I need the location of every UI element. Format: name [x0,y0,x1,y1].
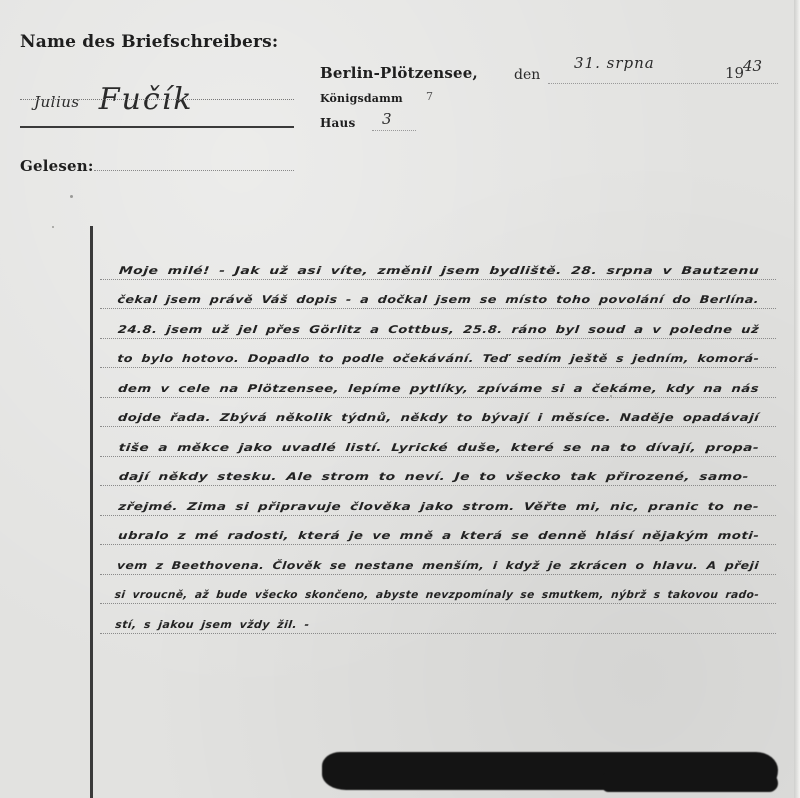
handwritten-text: dojde řada. Zbývá několik týdnů, někdy t… [100,412,760,424]
dotted-rule [100,633,776,634]
letter-page: Name des Briefschreibers: Julius Fučík G… [0,0,800,798]
letter-line: zřejmé. Zima si připravuje člověka jako … [100,486,790,516]
place-label: Berlin-Plötzensee, [320,64,478,82]
handwritten-text: si vroucně, až bude všecko skončeno, aby… [100,589,760,601]
letter-line: čekal jsem právě Váš dopis - a dočkal js… [100,280,790,310]
letter-line: tiše a měkce jako uvadlé listí. Lyrické … [100,427,790,457]
year-prefix: 19 [725,64,744,82]
den-label: den [514,67,540,83]
writer-name-dotted-line [20,99,294,102]
paper-speck [70,195,73,198]
letter-line: si vroucně, až bude všecko skončeno, aby… [100,575,790,605]
handwritten-text: 24.8. jsem už jel přes Görlitz a Cottbus… [100,324,760,336]
street-number: 7 [426,90,433,103]
house-dotted-line [372,130,416,131]
handwritten-text: zřejmé. Zima si připravuje člověka jako … [100,501,760,513]
letter-line: stí, s jakou jsem vždy žil. - [100,604,790,634]
handwritten-text: tiše a měkce jako uvadlé listí. Lyrické … [100,442,760,454]
writer-first-name: Julius [34,93,80,111]
writer-name: Julius Fučík [34,80,193,115]
handwritten-text: čekal jsem právě Váš dopis - a dočkal js… [100,294,760,306]
paper-speck [52,226,54,228]
street-label: Königsdamm [320,92,403,105]
letter-line: to bylo hotovo. Dopadlo to podle očekává… [100,339,790,369]
date-dotted-line [548,83,778,84]
letter-line: dají někdy stesku. Ale strom to neví. Je… [100,457,790,487]
read-by-dotted-line [94,170,294,171]
letter-line: ubralo z mé radosti, která je ve mně a k… [100,516,790,546]
handwritten-text: vem z Beethovena. Člověk se nestane menš… [100,560,760,572]
page-edge [794,0,800,798]
letter-line: vem z Beethovena. Člověk se nestane menš… [100,545,790,575]
handwritten-text: to bylo hotovo. Dopadlo to podle očekává… [100,353,760,365]
handwritten-text: ubralo z mé radosti, která je ve mně a k… [100,530,760,542]
handwritten-text: dají někdy stesku. Ale strom to neví. Je… [100,471,749,483]
handwritten-text: dem v cele na Plötzensee, lepíme pytlíky… [100,383,760,395]
handwritten-date: 31. srpna [574,54,655,72]
letter-body: Moje milé! - Jak už asi víte, změnil jse… [100,250,790,634]
letter-line: dojde řada. Zbývá několik týdnů, někdy t… [100,398,790,428]
redaction-mark [322,752,778,790]
letter-line: 24.8. jsem už jel přes Görlitz a Cottbus… [100,309,790,339]
letter-line: dem v cele na Plötzensee, lepíme pytlíky… [100,368,790,398]
house-number: 3 [382,110,392,128]
handwritten-text: stí, s jakou jsem vždy žil. - [100,619,310,631]
handwritten-text: Moje milé! - Jak už asi víte, změnil jse… [100,265,760,277]
writer-name-label: Name des Briefschreibers: [20,32,278,52]
margin-rule [90,226,93,798]
letter-line: Moje milé! - Jak už asi víte, změnil jse… [100,250,790,280]
house-label: Haus [320,116,355,130]
read-by-label: Gelesen: [20,157,94,175]
writer-name-underline [20,126,294,128]
year-suffix: 43 [743,57,762,75]
